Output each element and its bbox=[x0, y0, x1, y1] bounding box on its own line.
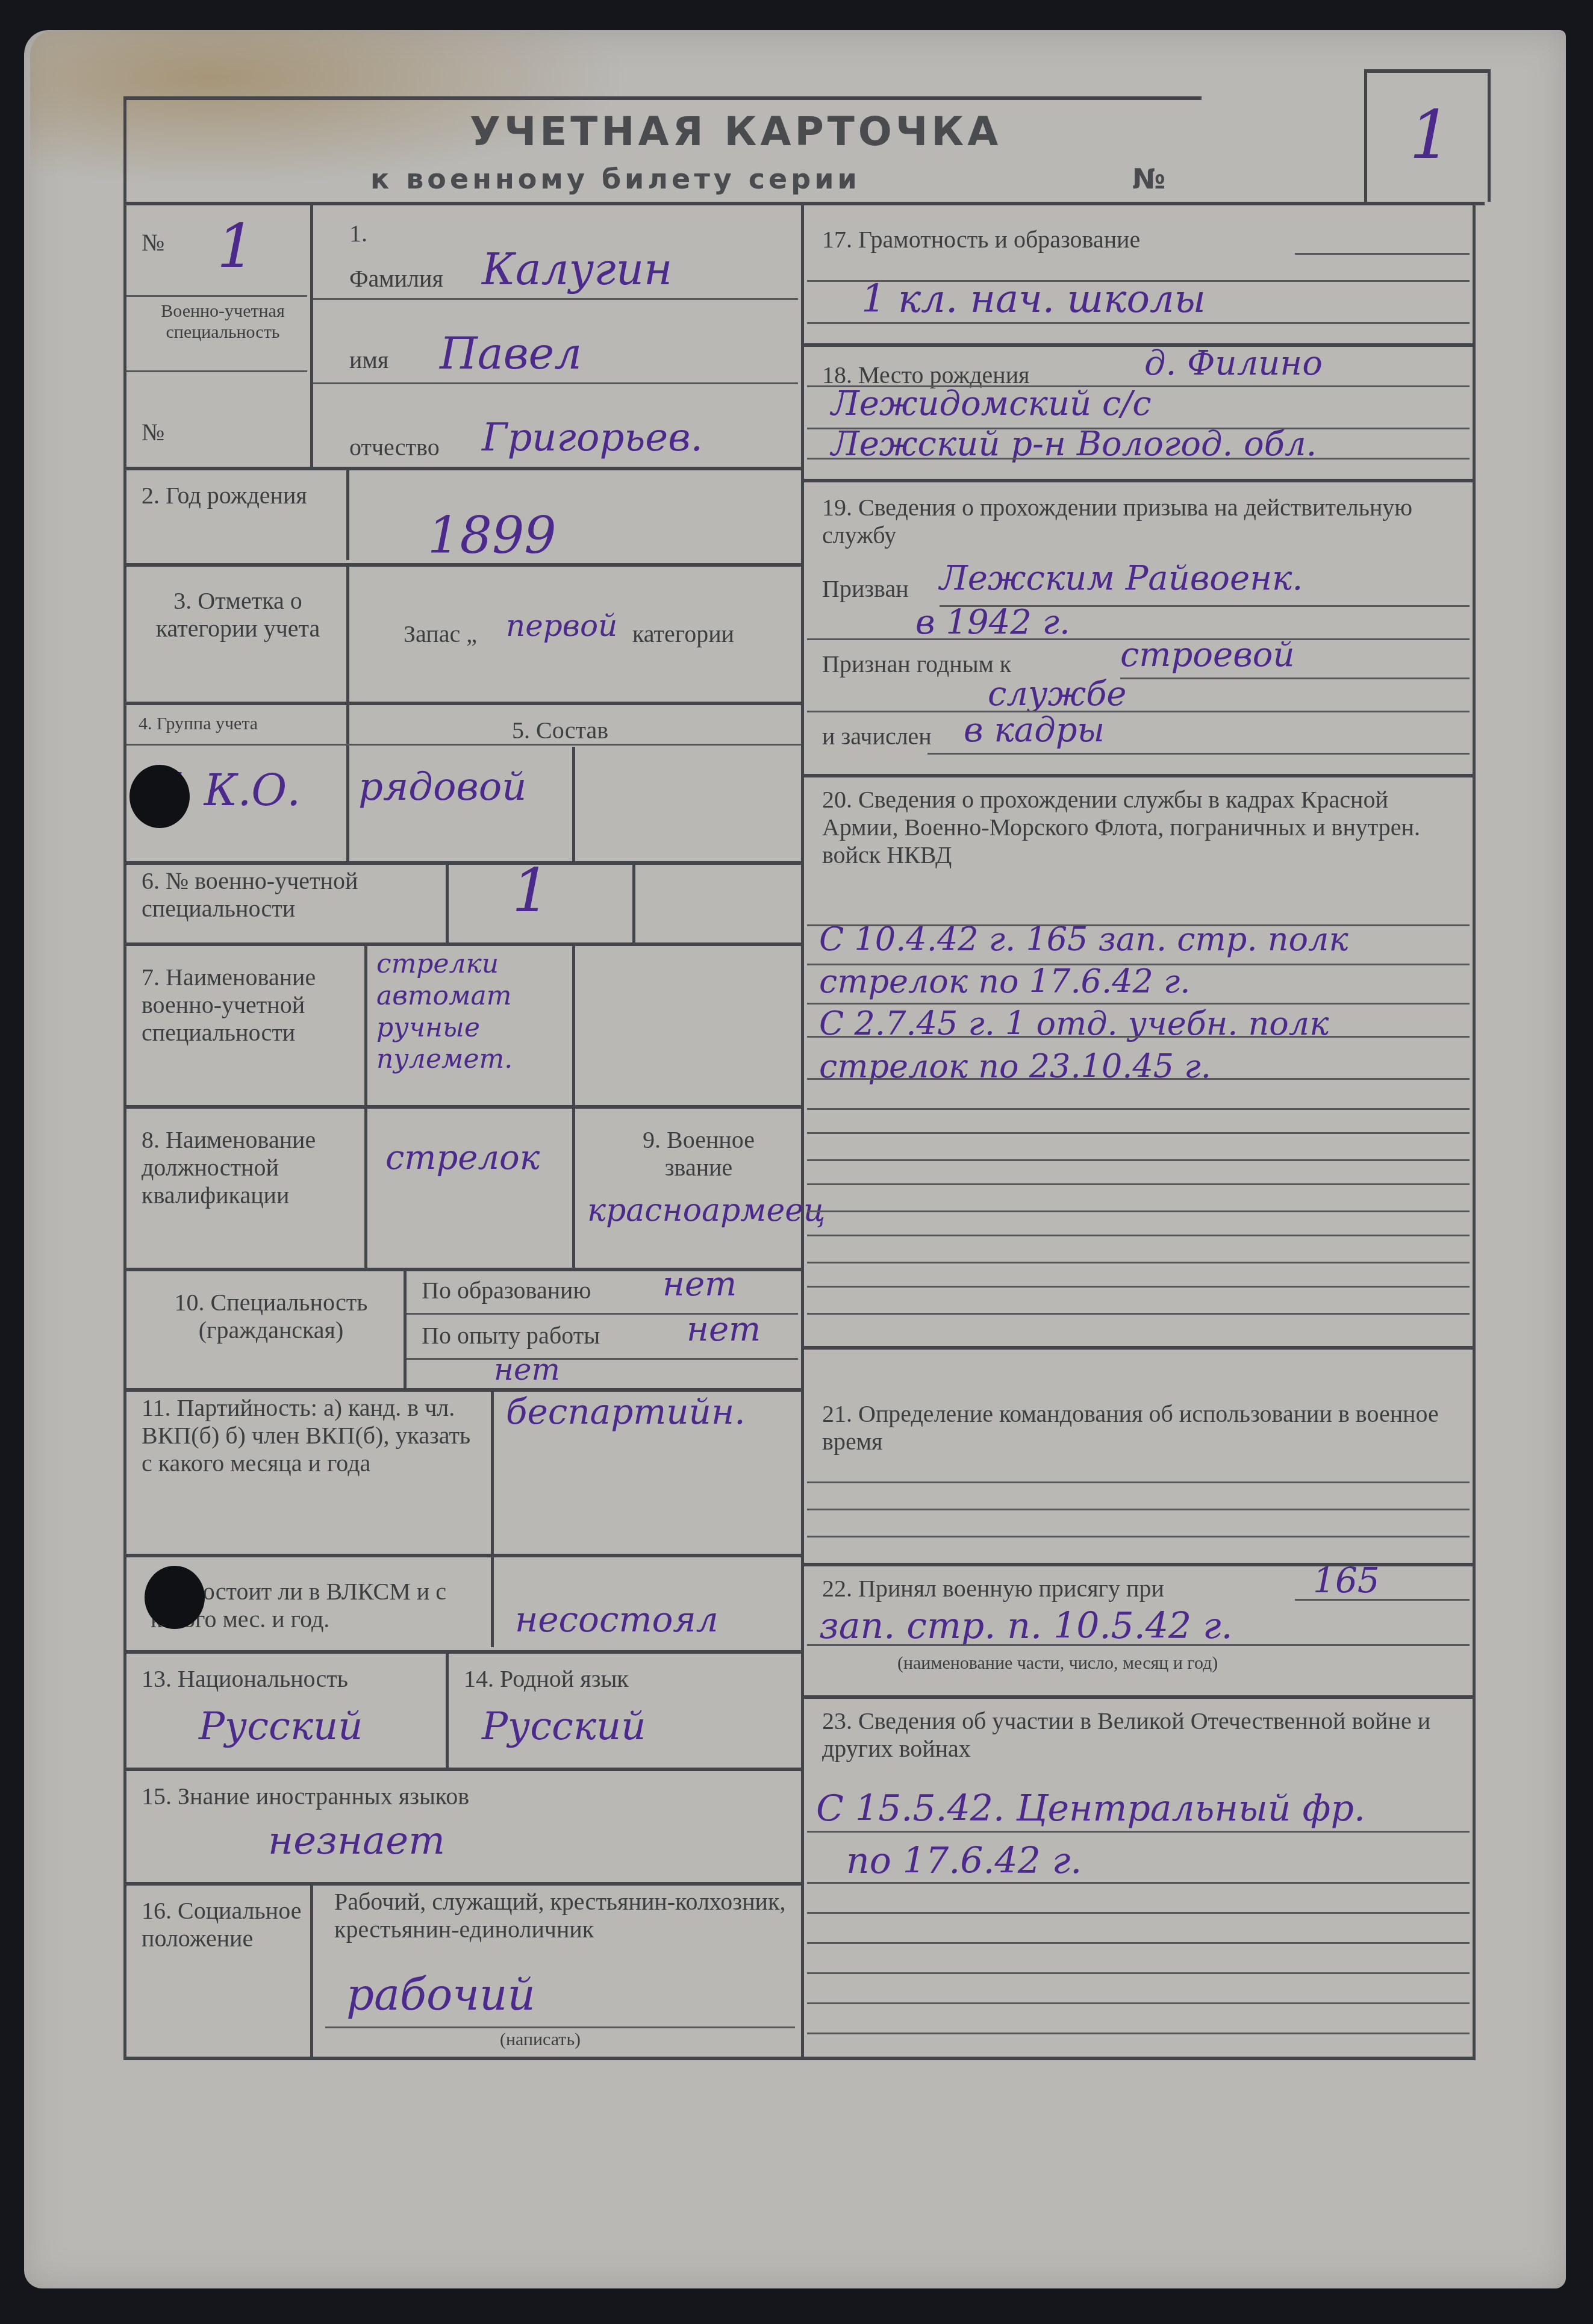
rule bbox=[804, 774, 1473, 777]
vus-number-value: 1 bbox=[512, 855, 550, 926]
rule bbox=[807, 1078, 1470, 1080]
rule bbox=[407, 1358, 798, 1360]
divider bbox=[404, 1271, 407, 1388]
war-participation-value: С 15.5.42. Центральный фр. по 17.6.42 г. bbox=[816, 1783, 1365, 1887]
war-participation-label: 23. Сведения об участии в Великой Отечес… bbox=[822, 1707, 1461, 1763]
rule bbox=[807, 1942, 1470, 1944]
no2-label: № bbox=[142, 419, 164, 446]
rule bbox=[940, 605, 1470, 607]
rule bbox=[807, 1912, 1470, 1914]
social-status-hint: (написать) bbox=[500, 2030, 581, 2051]
birth-year-label: 2. Год рождения bbox=[142, 482, 334, 509]
rule bbox=[126, 563, 801, 567]
oath-value-1: 165 bbox=[1313, 1560, 1380, 1601]
rule bbox=[807, 1132, 1470, 1134]
name-label: имя bbox=[349, 346, 388, 374]
divider bbox=[346, 470, 349, 560]
header-top-rule bbox=[123, 96, 1202, 100]
composition-label: 5. Состав bbox=[512, 717, 608, 744]
rule bbox=[804, 1346, 1473, 1350]
rule bbox=[807, 1210, 1470, 1212]
komsomol-value: несостоял bbox=[515, 1599, 719, 1640]
divider bbox=[491, 1391, 494, 1554]
service-line: стрелок по 17.6.42 г. bbox=[819, 961, 1348, 1003]
rule bbox=[807, 322, 1470, 324]
vus-name-line: автомат bbox=[376, 980, 513, 1012]
divider bbox=[572, 945, 575, 1105]
oath-label: 22. Принял военную присягу при bbox=[822, 1575, 1164, 1603]
category-label: 3. Отметка о категории учета bbox=[142, 587, 334, 643]
by-education-label: По образованию bbox=[422, 1277, 591, 1304]
rule bbox=[126, 702, 801, 705]
rule bbox=[1295, 253, 1470, 255]
vus-label: Военно-учетная специальность bbox=[139, 301, 307, 343]
divider bbox=[446, 1653, 449, 1768]
enlisted-value: в кадры bbox=[964, 711, 1105, 750]
called-value: Лежским Райвоенк. в 1942 г. bbox=[940, 557, 1303, 645]
vus-name-value: стрелки автомат ручные пулемет. bbox=[376, 949, 513, 1076]
number-sign: № bbox=[1132, 163, 1169, 195]
by-education-value: нет bbox=[662, 1265, 737, 1304]
patronymic-label: отчество bbox=[349, 434, 440, 461]
header-bottom-rule bbox=[123, 202, 1485, 205]
oath-hint: (наименование части, число, месяц и год) bbox=[897, 1653, 1218, 1674]
rule bbox=[126, 1554, 801, 1557]
native-language-label: 14. Родной язык bbox=[464, 1665, 629, 1693]
fit-value-2: службе bbox=[988, 674, 1126, 714]
party-value: беспартийн. bbox=[506, 1391, 746, 1432]
social-status-value: рабочий bbox=[346, 1969, 535, 2020]
birthplace-value: д. Филино Лежидомский с/с Лежский р-н Во… bbox=[831, 343, 1323, 465]
rule bbox=[126, 467, 801, 470]
foreign-languages-label: 15. Знание иностранных языков bbox=[142, 1783, 469, 1810]
rank-value: красноармеец bbox=[587, 1192, 804, 1229]
rule bbox=[126, 1768, 801, 1771]
rule bbox=[807, 1509, 1470, 1510]
rule bbox=[927, 753, 1470, 755]
divider bbox=[364, 945, 367, 1105]
group-label: 4. Группа учета bbox=[139, 714, 258, 735]
rule bbox=[807, 1313, 1470, 1315]
vus-number-label: 6. № военно-учетной специальности bbox=[142, 867, 443, 923]
punch-hole bbox=[129, 765, 190, 828]
divider bbox=[310, 205, 313, 467]
experience-extra: нет bbox=[494, 1352, 560, 1387]
rule bbox=[807, 1481, 1470, 1483]
war-line: по 17.6.42 г. bbox=[816, 1835, 1365, 1887]
surname-value: Калугин bbox=[482, 244, 672, 294]
surname-label: Фамилия bbox=[349, 265, 443, 293]
rule bbox=[807, 1108, 1470, 1110]
rule bbox=[807, 964, 1470, 965]
rule bbox=[807, 1644, 1470, 1646]
number-box-top bbox=[1364, 69, 1491, 73]
divider bbox=[632, 864, 635, 942]
rule bbox=[807, 1286, 1470, 1288]
rule bbox=[126, 370, 307, 372]
rule bbox=[807, 458, 1470, 460]
fit-label: Признан годным к bbox=[822, 650, 1011, 678]
fit-value-1: строевой bbox=[1120, 635, 1295, 674]
rule bbox=[807, 1235, 1470, 1236]
rule bbox=[126, 1105, 801, 1109]
vus-name-line: стрелки bbox=[376, 949, 513, 980]
rule bbox=[807, 1183, 1470, 1185]
war-line: С 15.5.42. Центральный фр. bbox=[816, 1783, 1365, 1835]
rule bbox=[807, 1536, 1470, 1537]
number-box-left bbox=[1364, 69, 1367, 202]
no-value: 1 bbox=[217, 211, 255, 281]
composition-value: рядовой bbox=[358, 765, 526, 809]
qualification-label: 8. Наименование должностной квалификации bbox=[142, 1126, 358, 1209]
name-value: Павел bbox=[440, 328, 582, 379]
left-border bbox=[123, 96, 126, 2060]
rule bbox=[807, 385, 1470, 387]
rule bbox=[807, 1831, 1470, 1833]
foreign-languages-value: незнает bbox=[268, 1819, 445, 1863]
divider bbox=[346, 705, 349, 861]
divider bbox=[446, 864, 449, 942]
qualification-value: стрелок bbox=[385, 1138, 540, 1177]
birthplace-line: д. Филино bbox=[831, 343, 1323, 384]
divider bbox=[346, 566, 349, 702]
service-label: 20. Сведения о прохождении службы в кадр… bbox=[822, 786, 1461, 869]
rule bbox=[126, 295, 307, 297]
reserve-prefix: Запас „ bbox=[404, 620, 477, 648]
divider bbox=[572, 747, 575, 861]
enlisted-label: и зачислен bbox=[822, 723, 932, 750]
vus-name-line: ручные bbox=[376, 1012, 513, 1044]
divider bbox=[310, 1885, 313, 2060]
education-label: 17. Грамотность и образование bbox=[822, 226, 1140, 254]
rank-label: 9. Военное звание bbox=[608, 1126, 789, 1182]
divider bbox=[491, 1557, 494, 1647]
rule bbox=[807, 1972, 1470, 1974]
patronymic-value: Григорьев. bbox=[482, 416, 703, 460]
card-subtitle: к военному билету серии bbox=[370, 163, 861, 195]
punch-hole bbox=[145, 1566, 205, 1629]
rule bbox=[126, 744, 801, 746]
command-decision-label: 21. Определение командования об использо… bbox=[822, 1400, 1461, 1456]
rule bbox=[126, 1650, 801, 1654]
rule bbox=[804, 1695, 1473, 1699]
rule bbox=[126, 861, 801, 865]
right-border bbox=[1473, 202, 1476, 2060]
rule bbox=[1295, 1599, 1470, 1601]
party-label: 11. Партийность: а) канд. в чл. ВКП(б) б… bbox=[142, 1394, 479, 1477]
reserve-suffix: категории bbox=[632, 620, 734, 648]
rule bbox=[804, 479, 1473, 482]
rule bbox=[1120, 678, 1470, 679]
divider bbox=[572, 1108, 575, 1268]
conscription-label: 19. Сведения о прохождении призыва на де… bbox=[822, 494, 1461, 549]
social-status-options: Рабочий, служащий, крестьянин-колхозник,… bbox=[334, 1888, 792, 1943]
rule bbox=[807, 1262, 1470, 1263]
social-status-label: 16. Социальное положение bbox=[142, 1897, 304, 1952]
oath-value-2: зап. стр. п. 10.5.42 г. bbox=[819, 1605, 1233, 1647]
rule bbox=[807, 711, 1470, 712]
native-language-value: Русский bbox=[482, 1704, 646, 1749]
rule bbox=[807, 2033, 1470, 2034]
civil-specialty-label: 10. Специальность (гражданская) bbox=[142, 1289, 401, 1344]
number-box-right bbox=[1488, 69, 1491, 202]
rule bbox=[807, 428, 1470, 429]
no-label: № bbox=[142, 229, 164, 257]
rule bbox=[313, 382, 798, 384]
reserve-category-value: первой bbox=[506, 608, 617, 643]
called-label: Призван bbox=[822, 575, 909, 603]
item1-number: 1. bbox=[349, 220, 367, 248]
card-title: УЧЕТНАЯ КАРТОЧКА bbox=[470, 108, 1002, 155]
vus-name-label: 7. Наименование военно-учетной специальн… bbox=[142, 964, 364, 1047]
bottom-rule bbox=[123, 2057, 1476, 2060]
rule bbox=[807, 924, 1470, 926]
by-experience-label: По опыту работы bbox=[422, 1322, 600, 1350]
rule bbox=[126, 942, 801, 946]
education-value: 1 кл. нач. школы bbox=[861, 277, 1206, 322]
vus-name-line: пулемет. bbox=[376, 1044, 513, 1076]
birth-year-value: 1899 bbox=[428, 506, 556, 565]
rule bbox=[126, 1882, 801, 1886]
rule bbox=[807, 1003, 1470, 1005]
nationality-value: Русский bbox=[199, 1704, 363, 1749]
service-line: стрелок по 23.10.45 г. bbox=[819, 1045, 1348, 1088]
nationality-label: 13. Национальность bbox=[142, 1665, 348, 1693]
rule bbox=[807, 1159, 1470, 1161]
birthplace-line: Лежидомский с/с bbox=[831, 384, 1323, 424]
called-line: Лежским Райвоенк. bbox=[940, 557, 1303, 601]
rule bbox=[807, 1882, 1470, 1884]
by-experience-value: нет bbox=[687, 1310, 761, 1349]
divider bbox=[364, 1108, 367, 1268]
card-number: 1 bbox=[1409, 96, 1451, 173]
rule bbox=[807, 2002, 1470, 2004]
rule bbox=[807, 1036, 1470, 1038]
rule bbox=[325, 2026, 795, 2028]
service-line: С 2.7.45 г. 1 отд. учебн. полк bbox=[819, 1003, 1348, 1045]
rule bbox=[313, 298, 798, 300]
